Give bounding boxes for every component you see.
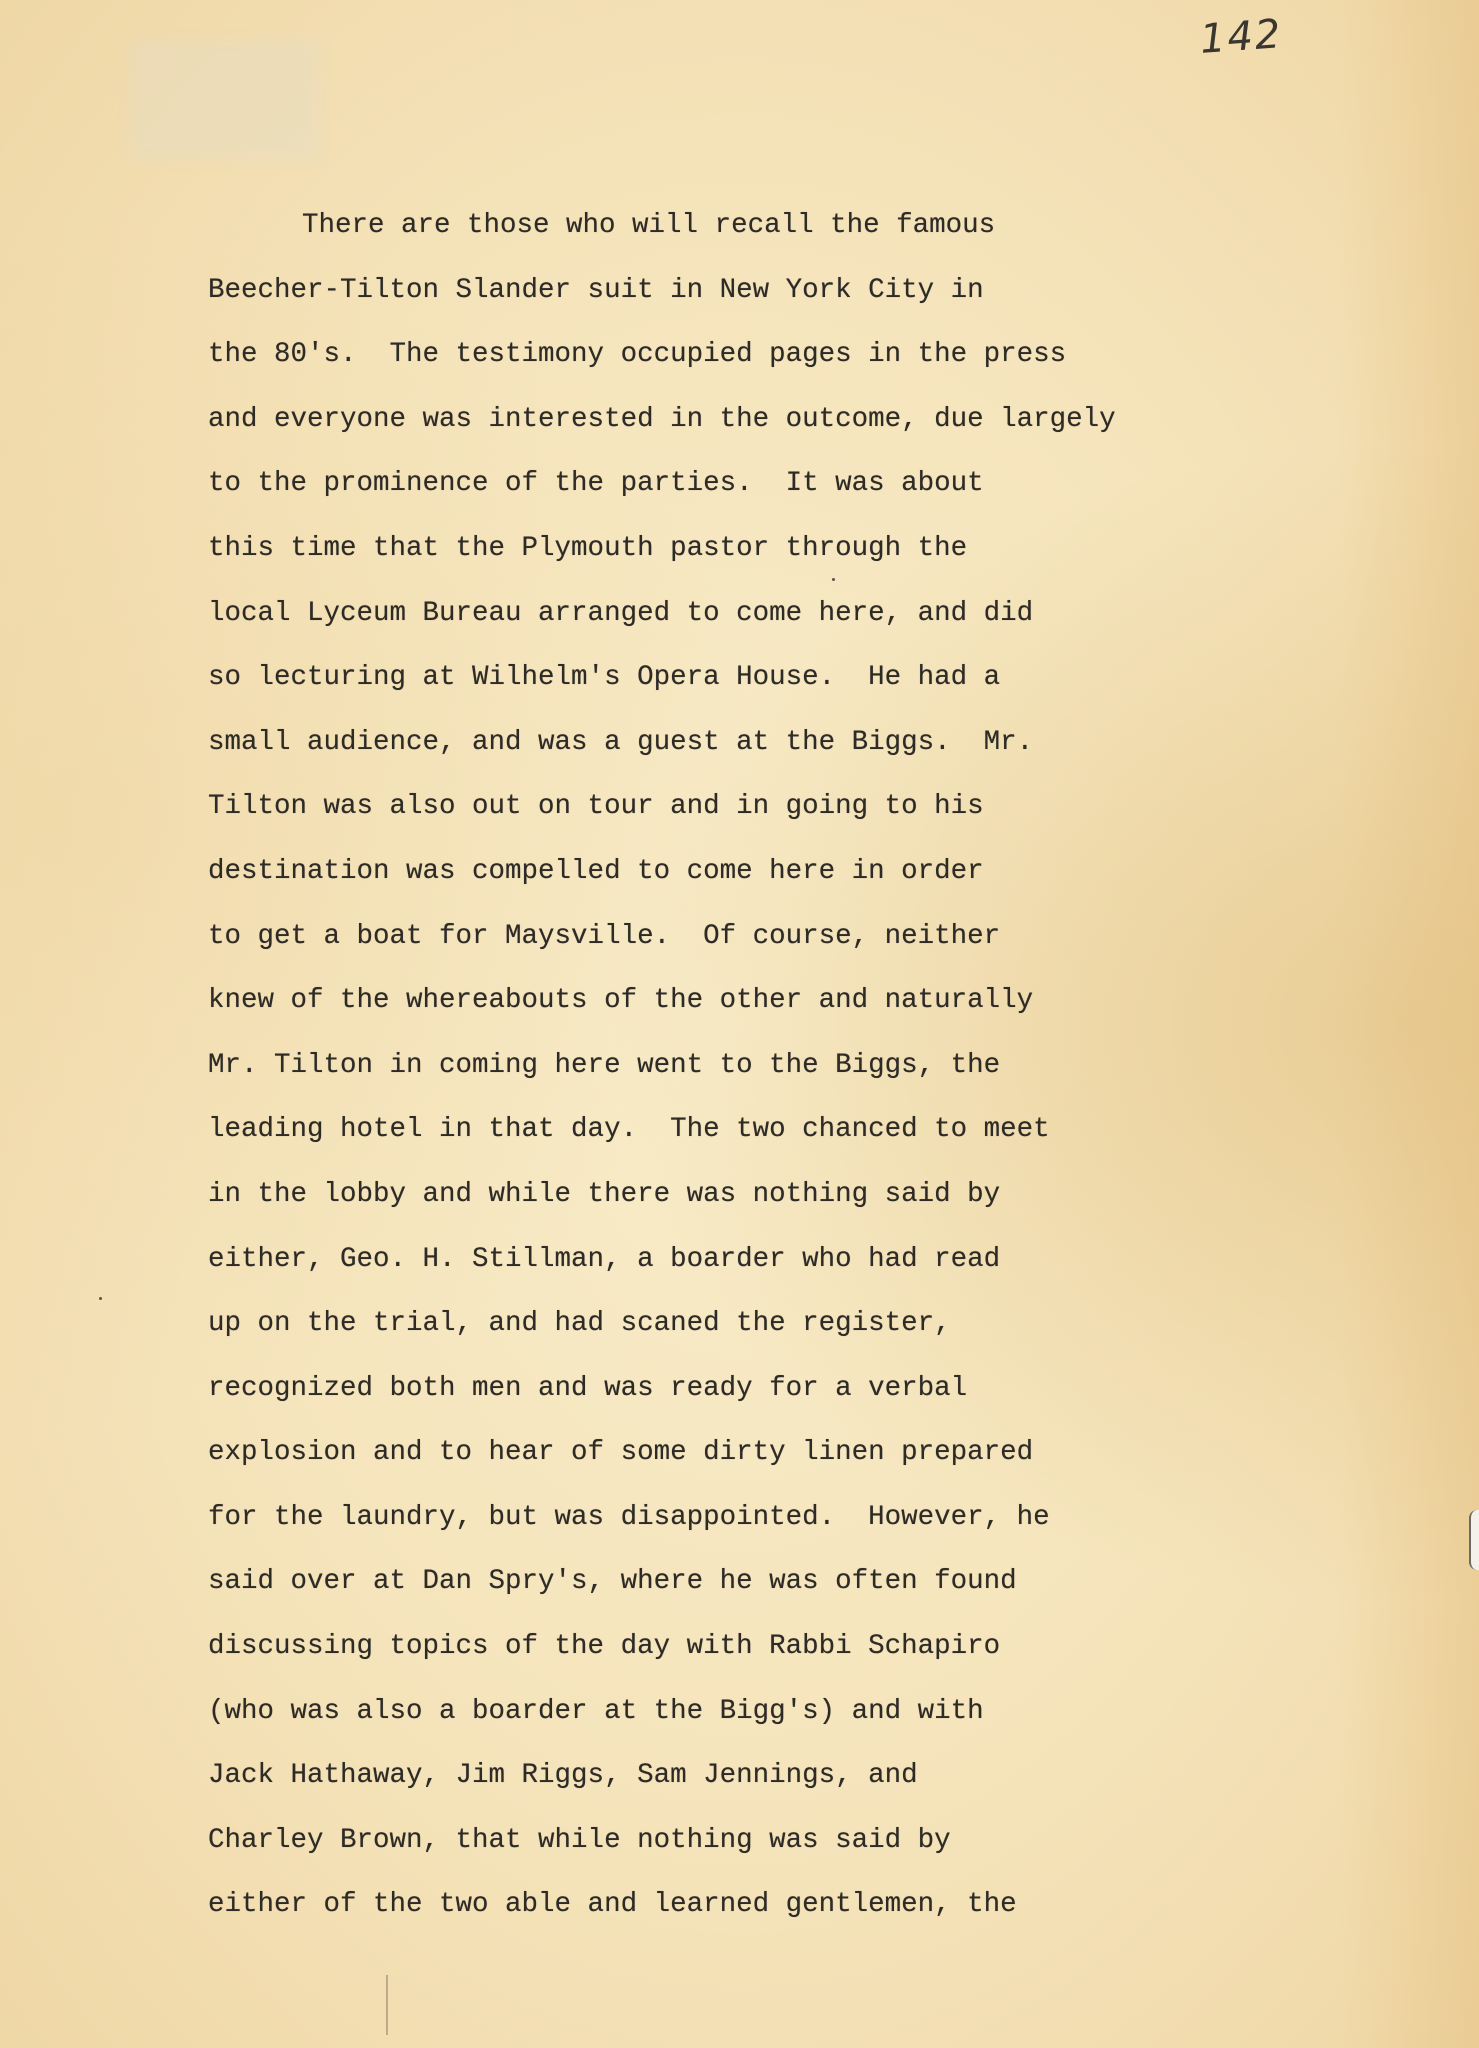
text-line: Jack Hathaway, Jim Riggs, Sam Jennings, … [208,1756,1308,1821]
text-line: explosion and to hear of some dirty line… [208,1433,1308,1498]
text-line: either of the two able and learned gentl… [208,1885,1308,1950]
text-line: local Lyceum Bureau arranged to come her… [208,594,1308,659]
handwritten-page-number: 142 [1198,11,1283,63]
text-line: (who was also a boarder at the Bigg's) a… [208,1692,1308,1757]
text-line: leading hotel in that day. The two chanc… [208,1110,1308,1175]
text-line: discussing topics of the day with Rabbi … [208,1627,1308,1692]
text-line: this time that the Plymouth pastor throu… [208,529,1308,594]
text-line: up on the trial, and had scaned the regi… [208,1304,1308,1369]
paper-edge-shading [1339,0,1479,2048]
text-line: said over at Dan Spry's, where he was of… [208,1562,1308,1627]
scanned-page: 142 There are those who will recall the … [0,0,1479,2048]
paper-stain [130,40,320,160]
paper-crease [386,1975,388,2035]
text-line: There are those who will recall the famo… [208,206,1308,271]
text-line: to the prominence of the parties. It was… [208,464,1308,529]
typewritten-paragraph: There are those who will recall the famo… [208,206,1308,1950]
text-line: the 80's. The testimony occupied pages i… [208,335,1308,400]
text-line: Charley Brown, that while nothing was sa… [208,1821,1308,1886]
ink-speck [99,1297,102,1300]
text-line: and everyone was interested in the outco… [208,400,1308,465]
text-line: Tilton was also out on tour and in going… [208,787,1308,852]
paper-tear [1469,1510,1479,1570]
text-line: either, Geo. H. Stillman, a boarder who … [208,1240,1308,1305]
text-line: for the laundry, but was disappointed. H… [208,1498,1308,1563]
text-line: knew of the whereabouts of the other and… [208,981,1308,1046]
text-line: Beecher-Tilton Slander suit in New York … [208,271,1308,336]
text-line: so lecturing at Wilhelm's Opera House. H… [208,658,1308,723]
text-line: recognized both men and was ready for a … [208,1369,1308,1434]
text-line: Mr. Tilton in coming here went to the Bi… [208,1046,1308,1111]
text-line: in the lobby and while there was nothing… [208,1175,1308,1240]
text-line: small audience, and was a guest at the B… [208,723,1308,788]
text-line: to get a boat for Maysville. Of course, … [208,917,1308,982]
text-line: destination was compelled to come here i… [208,852,1308,917]
